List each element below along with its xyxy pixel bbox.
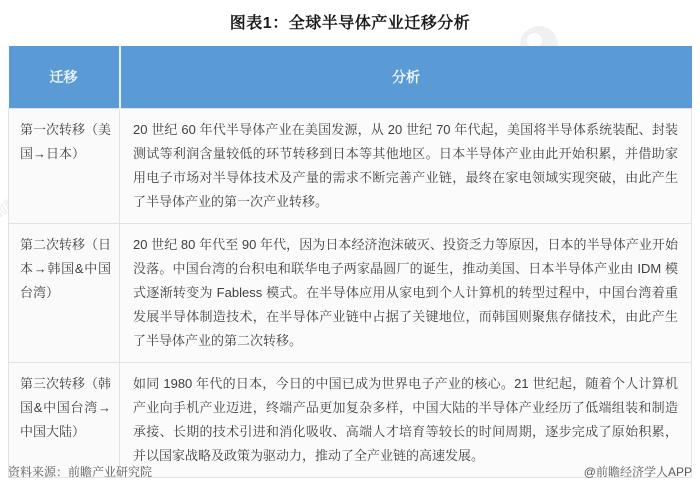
column-header-analysis: 分析 xyxy=(120,46,692,108)
report-figure-page: { "page": { "title": "图表1：全球半导体产业迁移分析" }… xyxy=(0,0,700,494)
migration-analysis-table: 迁移 分析 第一次转移（美国→日本） 20 世纪 60 年代半导体产业在美国发源… xyxy=(8,46,692,478)
analysis-cell: 20 世纪 60 年代半导体产业在美国发源，从 20 世纪 70 年代起，美国将… xyxy=(120,108,692,223)
source-note: 资料来源：前瞻产业研究院 xyxy=(8,463,152,480)
figure-title: 图表1：全球半导体产业迁移分析 xyxy=(0,10,700,33)
footer: 资料来源：前瞻产业研究院 @前瞻经济学人APP xyxy=(8,463,692,480)
table-row: 第二次转移（日本→韩国&中国台湾） 20 世纪 80 年代至 90 年代，因为日… xyxy=(9,223,692,362)
migration-cell: 第一次转移（美国→日本） xyxy=(9,108,120,223)
credit-note: @前瞻经济学人APP xyxy=(584,463,692,480)
header-row: 迁移 分析 xyxy=(9,46,692,108)
table-row: 第一次转移（美国→日本） 20 世纪 60 年代半导体产业在美国发源，从 20 … xyxy=(9,108,692,223)
analysis-cell: 如同 1980 年代的日本，今日的中国已成为世界电子产业的核心。21 世纪起，随… xyxy=(120,362,692,477)
migration-cell: 第二次转移（日本→韩国&中国台湾） xyxy=(9,223,120,362)
migration-cell: 第三次转移（韩国&中国台湾→中国大陆） xyxy=(9,362,120,477)
table-header: 迁移 分析 xyxy=(9,46,692,108)
table-body: 第一次转移（美国→日本） 20 世纪 60 年代半导体产业在美国发源，从 20 … xyxy=(9,108,692,477)
column-header-migration: 迁移 xyxy=(9,46,120,108)
analysis-cell: 20 世纪 80 年代至 90 年代，因为日本经济泡沫破灭、投资乏力等原因，日本… xyxy=(120,223,692,362)
table-container: 迁移 分析 第一次转移（美国→日本） 20 世纪 60 年代半导体产业在美国发源… xyxy=(8,46,692,478)
table-row: 第三次转移（韩国&中国台湾→中国大陆） 如同 1980 年代的日本，今日的中国已… xyxy=(9,362,692,477)
